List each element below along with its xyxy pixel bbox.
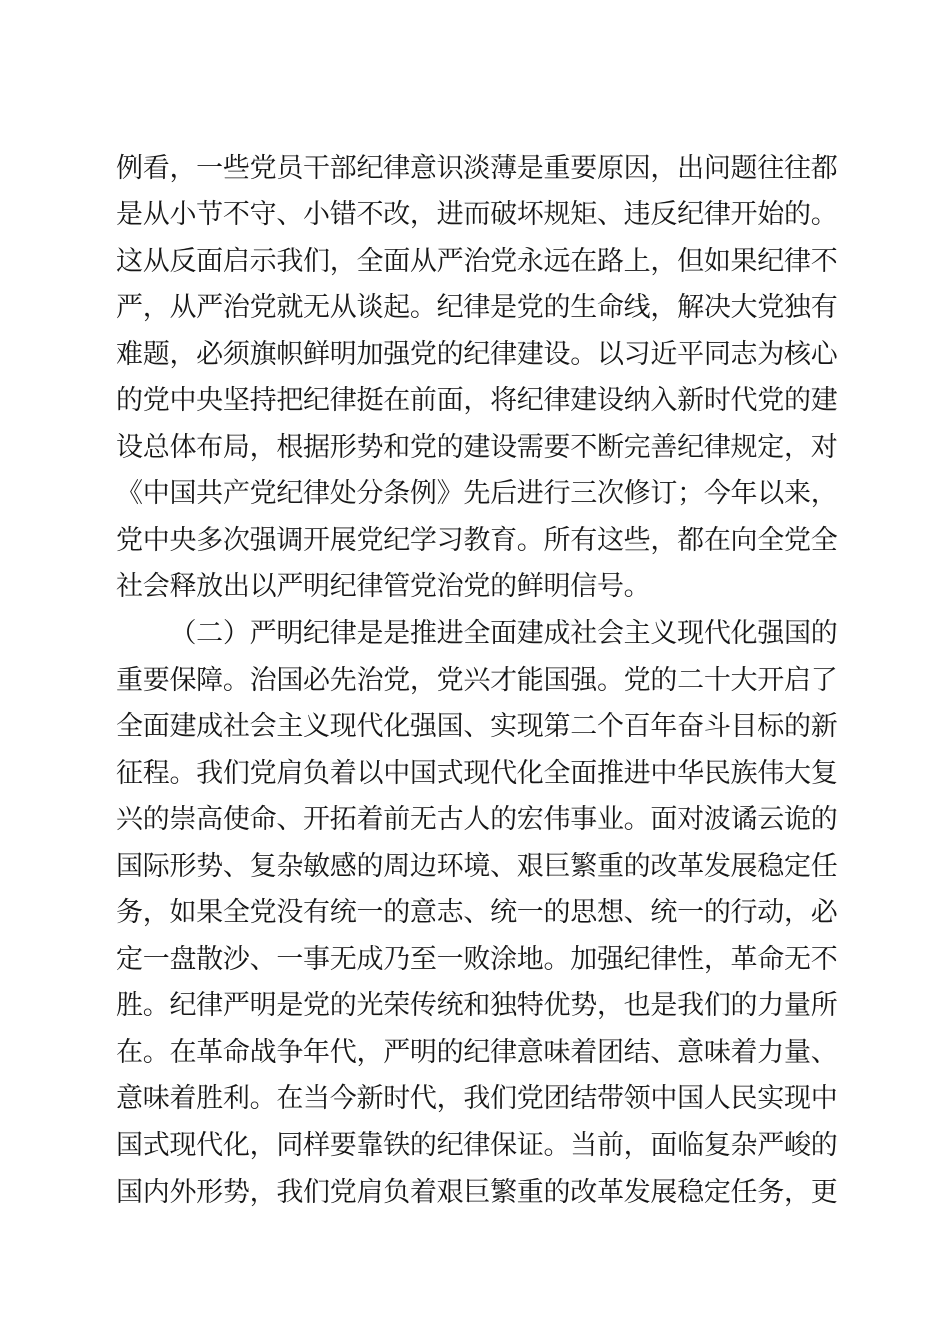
text-line: 是从小节不守、小错不改，进而破坏规矩、违反纪律开始的。 bbox=[116, 189, 838, 236]
text-line: （二）严明纪律是是推进全面建成社会主义现代化强国的 bbox=[116, 607, 838, 654]
text-line: 意味着胜利。在当今新时代，我们党团结带领中国人民实现中 bbox=[116, 1073, 838, 1120]
text-line: 定一盘散沙、一事无成乃至一败涂地。加强纪律性，革命无不 bbox=[116, 933, 838, 980]
text-line: 国内外形势，我们党肩负着艰巨繁重的改革发展稳定任务，更 bbox=[116, 1166, 838, 1213]
text-line: 设总体布局，根据形势和党的建设需要不断完善纪律规定，对 bbox=[116, 421, 838, 468]
text-line: 《中国共产党纪律处分条例》先后进行三次修订；今年以来， bbox=[116, 468, 838, 515]
text-line: 例看，一些党员干部纪律意识淡薄是重要原因，出问题往往都 bbox=[116, 142, 838, 189]
text-line: 严，从严治党就无从谈起。纪律是党的生命线，解决大党独有 bbox=[116, 282, 838, 329]
text-line: 在。在革命战争年代，严明的纪律意味着团结、意味着力量、 bbox=[116, 1026, 838, 1073]
text-line: 这从反面启示我们，全面从严治党永远在路上，但如果纪律不 bbox=[116, 235, 838, 282]
text-line: 社会释放出以严明纪律管党治党的鲜明信号。 bbox=[116, 561, 838, 608]
text-line: 重要保障。治国必先治党，党兴才能国强。党的二十大开启了 bbox=[116, 654, 838, 701]
text-line: 的党中央坚持把纪律挺在前面，将纪律建设纳入新时代党的建 bbox=[116, 375, 838, 422]
text-line: 国式现代化，同样要靠铁的纪律保证。当前，面临复杂严峻的 bbox=[116, 1119, 838, 1166]
text-line: 兴的崇高使命、开拓着前无古人的宏伟事业。面对波谲云诡的 bbox=[116, 794, 838, 841]
text-line: 国际形势、复杂敏感的周边环境、艰巨繁重的改革发展稳定任 bbox=[116, 840, 838, 887]
text-line: 难题，必须旗帜鲜明加强党的纪律建设。以习近平同志为核心 bbox=[116, 328, 838, 375]
text-line: 党中央多次强调开展党纪学习教育。所有这些，都在向全党全 bbox=[116, 514, 838, 561]
document-body: 例看，一些党员干部纪律意识淡薄是重要原因，出问题往往都是从小节不守、小错不改，进… bbox=[116, 142, 838, 1213]
document-page: 例看，一些党员干部纪律意识淡薄是重要原因，出问题往往都是从小节不守、小错不改，进… bbox=[0, 0, 950, 1344]
text-line: 胜。纪律严明是党的光荣传统和独特优势，也是我们的力量所 bbox=[116, 980, 838, 1027]
text-line: 全面建成社会主义现代化强国、实现第二个百年奋斗目标的新 bbox=[116, 701, 838, 748]
first-line-indent bbox=[116, 638, 169, 639]
text-line: 征程。我们党肩负着以中国式现代化全面推进中华民族伟大复 bbox=[116, 747, 838, 794]
text-line: 务，如果全党没有统一的意志、统一的思想、统一的行动，必 bbox=[116, 887, 838, 934]
